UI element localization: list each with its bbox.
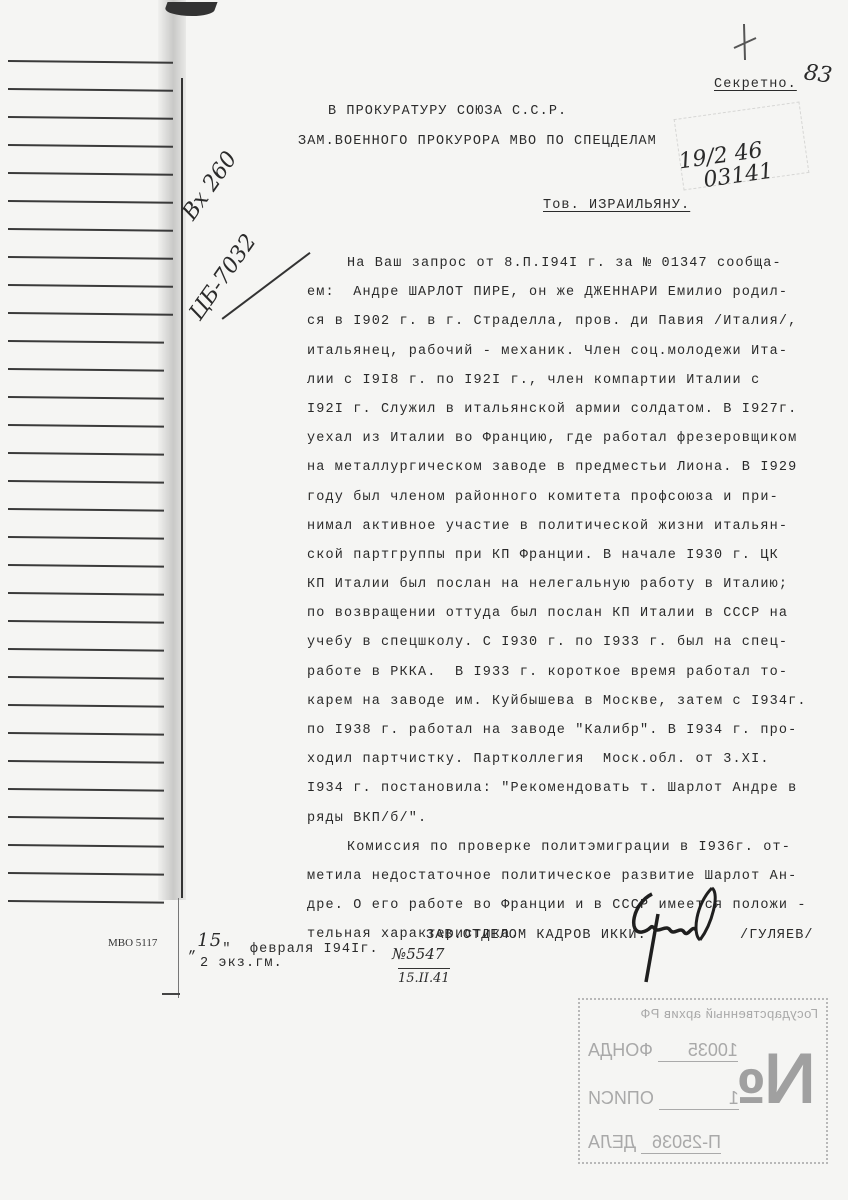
- margin-vertical-rule-lower: [178, 898, 179, 998]
- recipient: Тов. ИЗРАИЛЬЯНУ.: [543, 198, 690, 213]
- margin-rule: [8, 760, 164, 763]
- text-line: На Ваш запрос от 8.П.I94I г. за № 01347 …: [307, 256, 827, 285]
- margin-rule: [8, 396, 164, 399]
- form-code: МВО 5117: [108, 937, 157, 949]
- text-line: КП Италии был послан на нелегальную рабо…: [307, 577, 827, 606]
- delo-value: П-25036: [641, 1132, 721, 1154]
- text-line: учебу в спецшколу. С I930 г. по I933 г. …: [307, 635, 827, 664]
- opis-label: ОПИСИ: [588, 1088, 654, 1108]
- margin-rule: [8, 788, 164, 791]
- letter-body: На Ваш запрос от 8.П.I94I г. за № 01347 …: [307, 256, 827, 957]
- addressee-line-1: В ПРОКУРАТУРУ СОЮЗА С.С.Р.: [328, 104, 567, 119]
- text-line: году был членом районного комитета профс…: [307, 490, 827, 519]
- margin-rule: [8, 284, 173, 287]
- text-line: I934 г. постановила: "Рекомендовать т. Ш…: [307, 781, 827, 810]
- text-line: по возвращении оттуда был послан КП Итал…: [307, 606, 827, 635]
- folio-number: 83: [802, 60, 833, 89]
- fond-label: ФОНДА: [588, 1040, 653, 1060]
- archive-stamp-fond: 10035 ФОНДА: [588, 1040, 742, 1062]
- archive-stamp-delo: П-25036 ДЕЛА: [588, 1132, 725, 1154]
- text-line: метила недостаточное политическое развит…: [307, 869, 827, 898]
- cross-mark-icon: [730, 22, 760, 62]
- margin-rule: [8, 200, 173, 203]
- margin-rule: [8, 564, 164, 567]
- margin-rule: [8, 620, 164, 623]
- text-line: по I938 г. работал на заводе "Калибр". В…: [307, 723, 827, 752]
- margin-rule: [8, 816, 164, 819]
- margin-rule: [8, 480, 164, 483]
- text-line: I92I г. Служил в итальянской армии солда…: [307, 402, 827, 431]
- margin-rule: [8, 872, 164, 875]
- text-line: ся в I902 г. в г. Страделла, пров. ди Па…: [307, 314, 827, 343]
- margin-rule: [8, 312, 173, 315]
- outgoing-date: 15.II.41: [398, 968, 450, 986]
- margin-rule: [8, 704, 164, 707]
- margin-rule: [8, 648, 164, 651]
- paragraph-1: На Ваш запрос от 8.П.I94I г. за № 01347 …: [307, 256, 827, 840]
- margin-rule: [8, 732, 164, 735]
- text-line: нимал активное участие в политической жи…: [307, 519, 827, 548]
- margin-rule: [8, 592, 164, 595]
- text-line: итальянец, рабочий - механик. Член соц.м…: [307, 344, 827, 373]
- document-page: МВО 5117 Секретно. 83 В ПРОКУРАТУРУ СОЮЗ…: [0, 0, 848, 1200]
- text-line: дре. О его работе во Франции и в СССР им…: [307, 898, 827, 927]
- margin-rule: [8, 536, 164, 539]
- signer-title: ЗАВ.ОТДЕЛОМ КАДРОВ ИККИ:: [426, 928, 647, 943]
- text-line: лии с I9I8 г. по I92I г., член компартии…: [307, 373, 827, 402]
- incoming-number: ЦБ-7032: [185, 230, 262, 325]
- margin-rule: [8, 256, 173, 259]
- addressee-line-2: ЗАМ.ВОЕННОГО ПРОКУРОРА МВО ПО СПЕЦДЕЛАМ: [298, 134, 657, 149]
- date-rest: февраля I94Iг.: [250, 942, 379, 957]
- archive-stamp-title: Государственный архив РФ: [640, 1006, 818, 1021]
- margin-rule: [8, 144, 173, 147]
- number-sign: №: [736, 1038, 816, 1120]
- signer-name: /ГУЛЯЕВ/: [740, 928, 814, 943]
- margin-rule: [8, 116, 173, 119]
- text-line: ходил партчистку. Партколлегия Моск.обл.…: [307, 752, 827, 781]
- margin-rule: [8, 844, 164, 847]
- margin-rule: [8, 452, 164, 455]
- text-line: работе в РККА. В I933 г. короткое время …: [307, 665, 827, 694]
- signature-icon: [622, 884, 742, 989]
- incoming-mark: Вх 260: [178, 147, 243, 225]
- outgoing-number: №5547: [392, 945, 444, 963]
- opis-value: 1: [659, 1088, 739, 1110]
- archive-stamp: Государственный архив РФ 10035 ФОНДА 1 О…: [578, 998, 828, 1164]
- fond-value: 10035: [658, 1040, 738, 1062]
- date-line: „15" февраля I94Iг.: [188, 936, 379, 957]
- text-line: карем на заводе им. Куйбышева в Москве, …: [307, 694, 827, 723]
- text-line: на металлургическом заводе в предместьи …: [307, 460, 827, 489]
- margin-rule: [8, 900, 164, 903]
- margin-rule: [8, 228, 173, 231]
- date-day: 15: [197, 930, 222, 951]
- margin-rule: [8, 172, 173, 175]
- margin-rule: [8, 88, 173, 91]
- text-line: уехал из Италии во Францию, где работал …: [307, 431, 827, 460]
- margin-rule: [8, 424, 164, 427]
- delo-label: ДЕЛА: [588, 1132, 636, 1152]
- text-line: ем: Андре ШАРЛОТ ПИРЕ, он же ДЖЕННАРИ Ем…: [307, 285, 827, 314]
- registration-number: 19/2 46 03141: [677, 139, 774, 195]
- margin-rule: [8, 508, 164, 511]
- copies-note: 2 экз.гм.: [200, 956, 283, 971]
- margin-tick: [162, 993, 180, 995]
- margin-rule: [8, 60, 173, 63]
- text-line: ской партгруппы при КП Франции. В начале…: [307, 548, 827, 577]
- margin-rule: [8, 368, 164, 371]
- margin-rule: [8, 676, 164, 679]
- archive-stamp-opis: 1 ОПИСИ: [588, 1088, 743, 1110]
- classification-label: Секретно.: [714, 77, 797, 92]
- text-line: Комиссия по проверке политэмиграции в I9…: [307, 840, 827, 869]
- text-line: ряды ВКП/б/".: [307, 811, 827, 840]
- margin-rule: [8, 340, 164, 343]
